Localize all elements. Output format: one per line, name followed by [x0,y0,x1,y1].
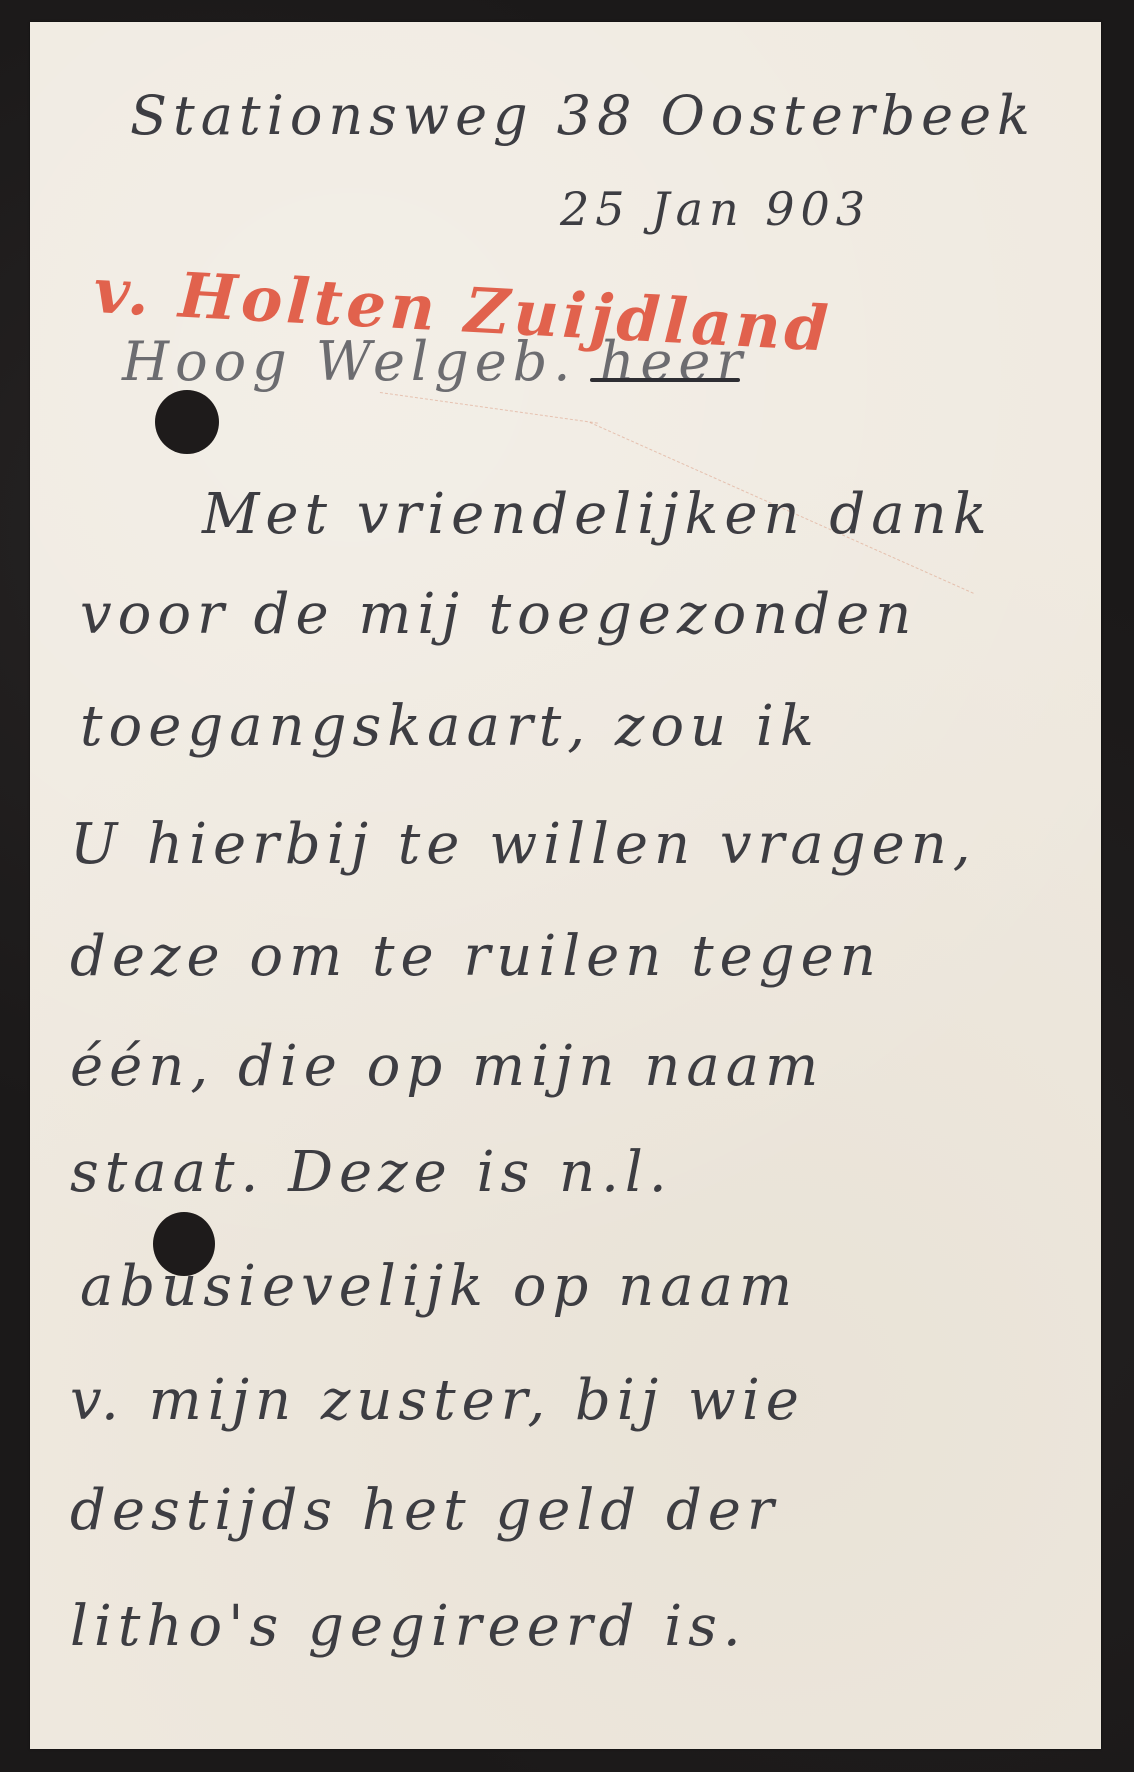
body-line-5: deze om te ruilen tegen [70,924,882,989]
body-line-1: Met vriendelijken dank [202,482,993,547]
punch-hole-top [155,390,219,454]
body-line-11: litho's gegireerd is. [70,1594,747,1659]
body-line-8: abusievelijk op naam [80,1254,798,1319]
faint-red-crease-line [380,392,598,424]
body-line-4: U hierbij te willen vragen, [70,812,977,877]
salutation-underline [590,378,740,382]
body-line-10: destijds het geld der [70,1478,780,1543]
body-line-6: één, die op mijn naam [70,1034,824,1099]
letter-card: Stationsweg 38 Oosterbeek 25 Jan 903 v. … [30,22,1101,1749]
body-line-9: v. mijn zuster, bij wie [70,1368,805,1433]
body-line-2: voor de mij toegezonden [80,582,917,647]
body-line-7: staat. Deze is n.l. [70,1140,673,1205]
salutation: Hoog Welgeb. heer [122,330,748,393]
body-line-3: toegangskaart, zou ik [80,694,820,759]
header-date: 25 Jan 903 [560,182,871,236]
header-address: Stationsweg 38 Oosterbeek [130,84,1036,147]
